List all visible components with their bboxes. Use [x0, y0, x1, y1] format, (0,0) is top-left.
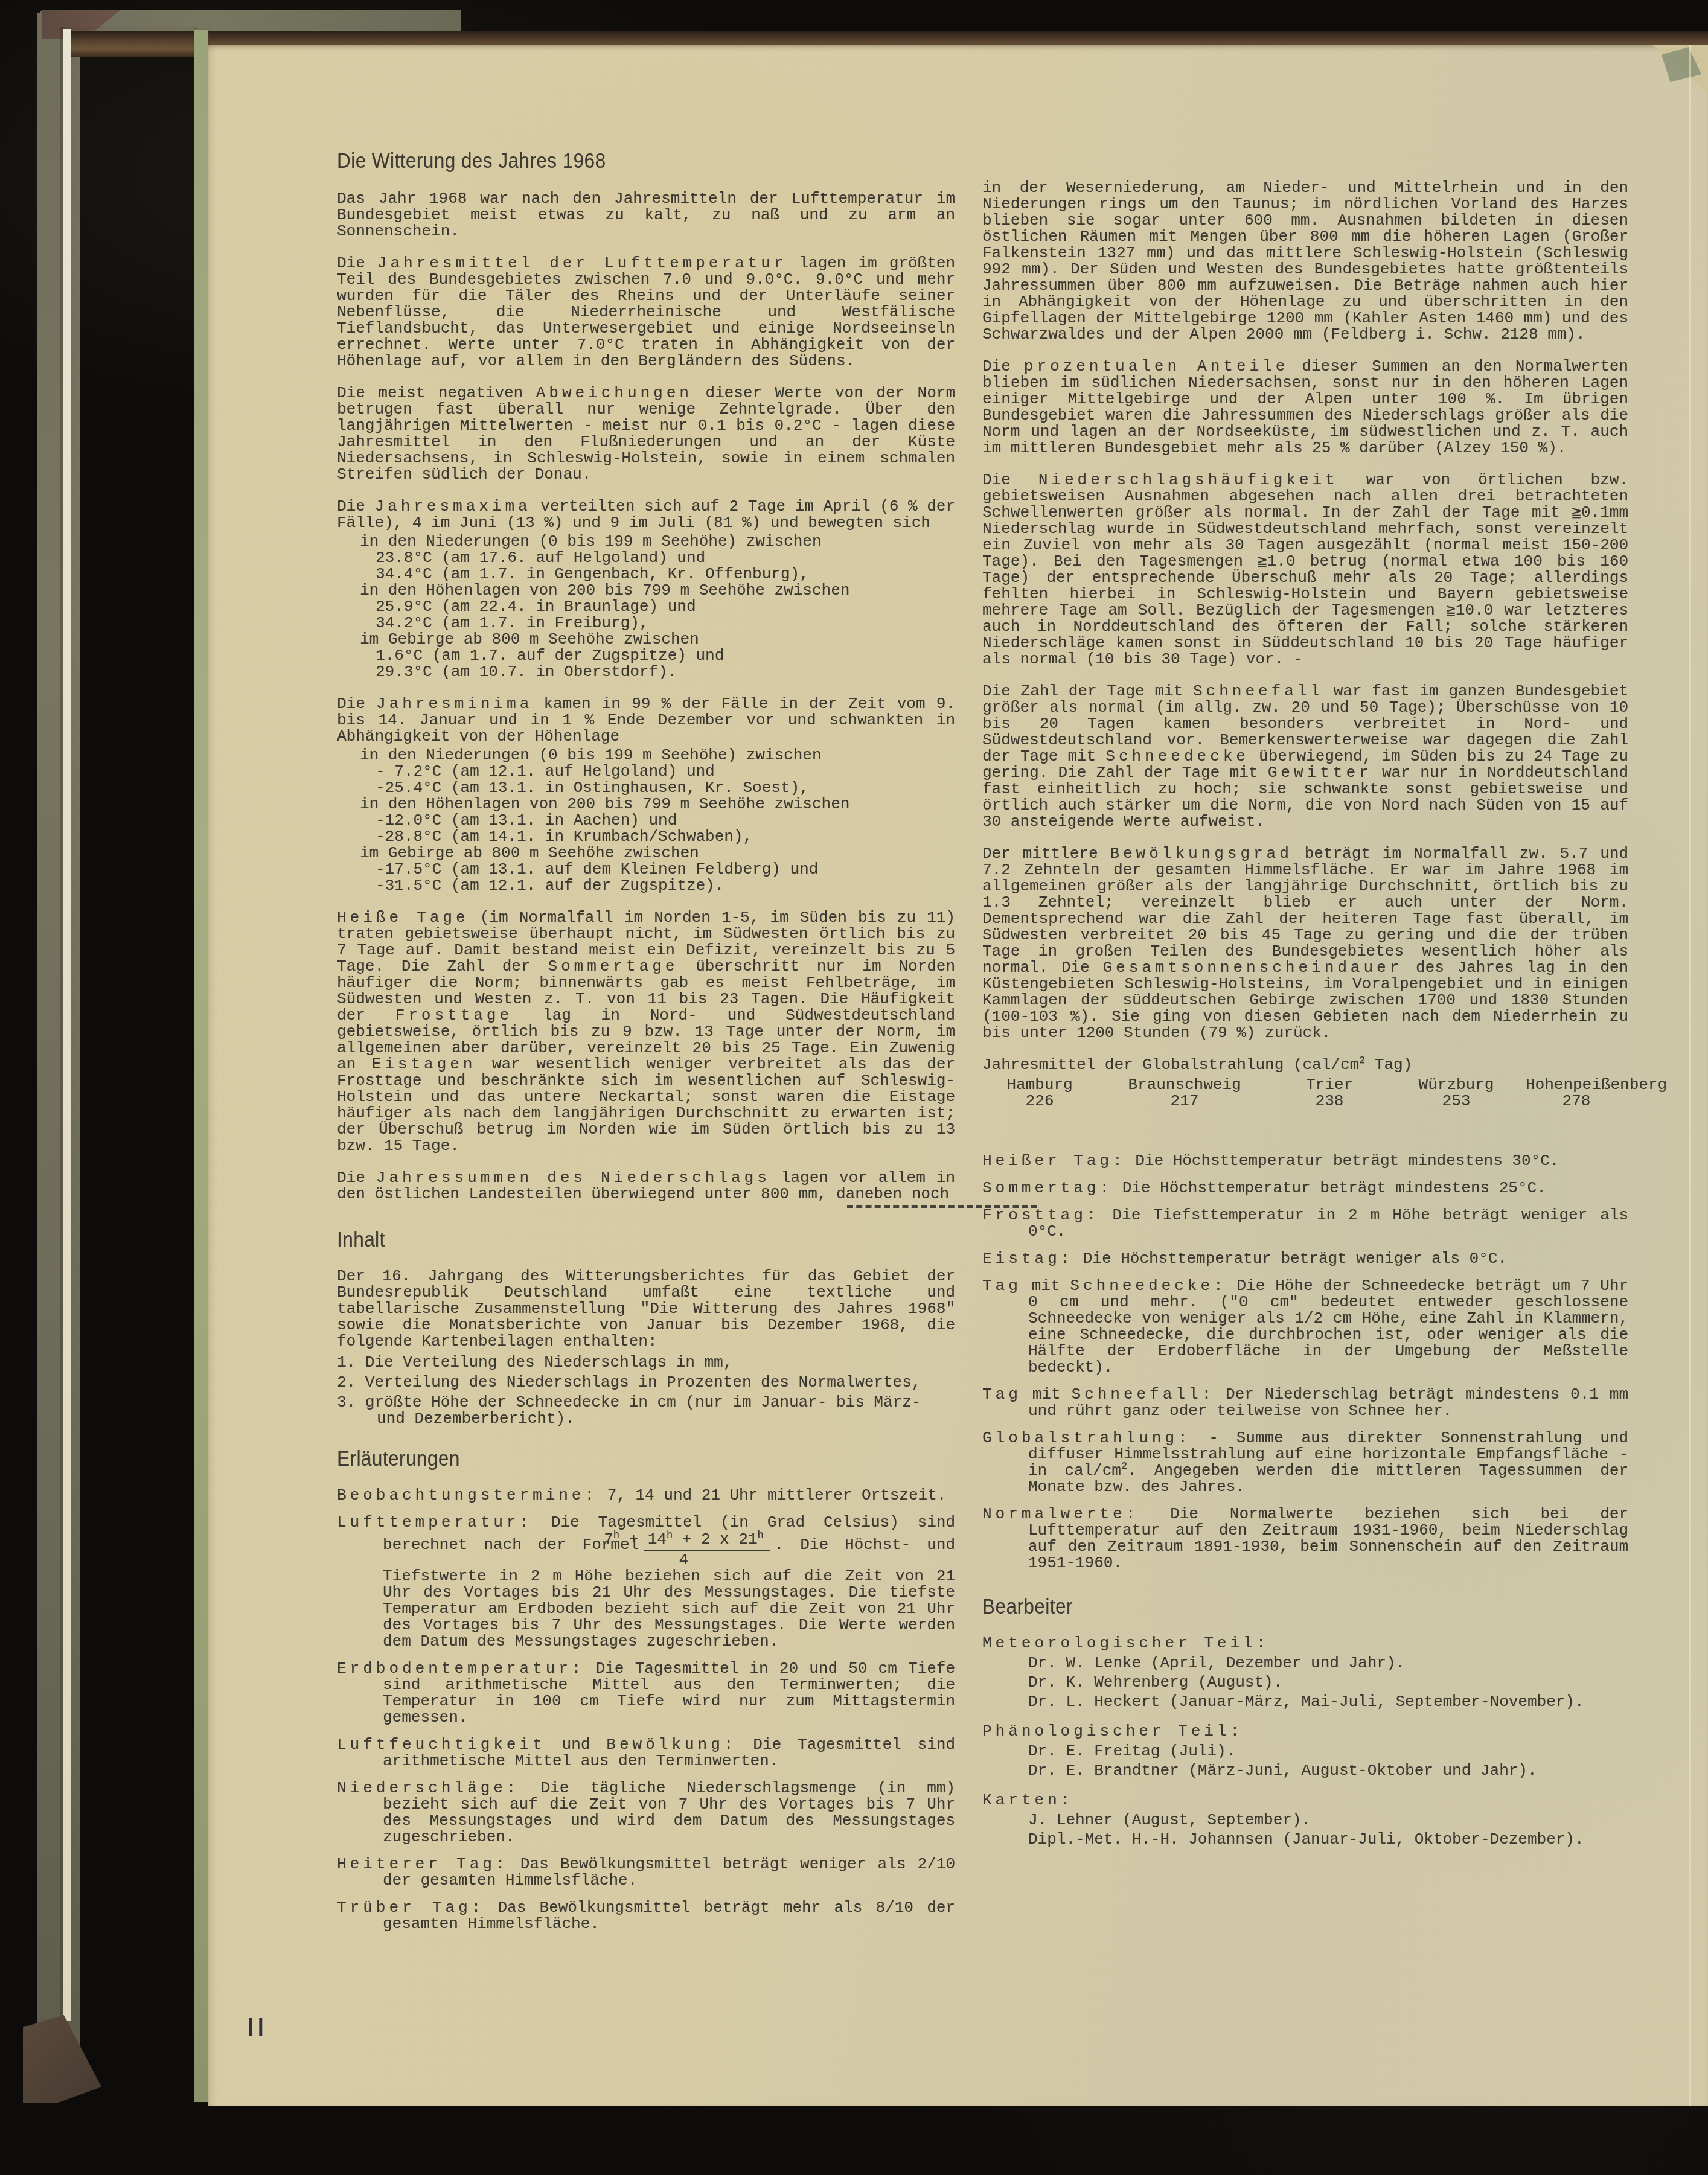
table-cell: Würzburg — [1387, 1077, 1526, 1093]
definition-item: Lufttemperatur: Die Tagesmittel (in Grad… — [337, 1515, 955, 1650]
list-line: im Gebirge ab 800 m Seehöhe zwischen — [337, 631, 955, 648]
page-edge-green-strip — [194, 30, 208, 2102]
list-item: Dr. L. Heckert (Januar-März, Mai-Juli, S… — [982, 1694, 1628, 1710]
list-line: -12.0°C (am 13.1. in Aachen) und — [337, 813, 955, 829]
paragraph-year-summary: Das Jahr 1968 war nach den Jahresmitteln… — [337, 191, 955, 240]
list-item: Dr. E. Brandtner (März-Juni, August-Okto… — [982, 1763, 1628, 1779]
maxima-list: in den Niederungen (0 bis 199 m Seehöhe)… — [337, 534, 955, 680]
list-item: Dr. W. Lenke (April, Dezember und Jahr). — [982, 1655, 1628, 1672]
definition-item: Tag mit Schneedecke: Die Höhe der Schnee… — [982, 1278, 1628, 1376]
list-line: in den Niederungen (0 bis 199 m Seehöhe)… — [337, 747, 955, 764]
paragraph-bewoelkungsgrad: Der mittlere Bewölkungsgrad beträgt im N… — [982, 846, 1628, 1041]
paragraph-inhalt-intro: Der 16. Jahrgang des Witterungsberichtes… — [337, 1268, 955, 1350]
definition-item: Heiterer Tag: Das Bewölkungsmittel beträ… — [337, 1856, 955, 1889]
heading-erlaeuterungen: Erläuterungen — [337, 1448, 894, 1471]
list-line: -25.4°C (am 13.1. in Ostinghausen, Kr. S… — [337, 780, 955, 796]
table-cell: Trier — [1272, 1077, 1387, 1093]
table-station-row: HamburgBraunschweigTrierWürzburgHohenpei… — [982, 1077, 1628, 1093]
list-item: Dr. K. Wehrenberg (August). — [982, 1675, 1628, 1691]
table-cell: 278 — [1526, 1093, 1627, 1110]
list-line: -31.5°C (am 12.1. auf der Zugspitze). — [337, 878, 955, 894]
definition-item: Heißer Tag: Die Höchsttemperatur beträgt… — [982, 1153, 1628, 1169]
list-line: 34.2°C (am 1.7. in Freiburg), — [337, 615, 955, 631]
table-title: Jahresmittel der Globalstrahlung (cal/cm… — [982, 1057, 1628, 1073]
list-line: - 7.2°C (am 12.1. auf Helgoland) und — [337, 764, 955, 780]
list-line: im Gebirge ab 800 m Seehöhe zwischen — [337, 845, 955, 861]
list-line: in den Höhenlagen von 200 bis 799 m Seeh… — [337, 583, 955, 599]
page-stack-edges — [60, 27, 197, 2113]
numbered-item: 2. Verteilung des Niederschlags in Proze… — [337, 1375, 955, 1391]
definition-item: Globalstrahlung: - Summe aus direkter So… — [982, 1430, 1628, 1495]
list-line: 34.4°C (am 1.7. in Gengenbach, Kr. Offen… — [337, 566, 955, 583]
definition-item: Beobachtungstermine: 7, 14 und 21 Uhr mi… — [337, 1487, 955, 1504]
bearbeiter-group-karten: Karten: J. Lehner (August, September).Di… — [982, 1792, 1628, 1848]
group-title: Phänologischer Teil: — [982, 1722, 1243, 1740]
paragraph-jahresminima: Die Jahresminima kamen in 99 % der Fälle… — [337, 696, 955, 745]
minima-list: in den Niederungen (0 bis 199 m Seehöhe)… — [337, 747, 955, 894]
table-value-row: 226217238253278 — [982, 1093, 1628, 1110]
definition-item: Niederschläge: Die tägliche Niederschlag… — [337, 1780, 955, 1845]
list-line: 1.6°C (am 1.7. auf der Zugspitze) und — [337, 648, 955, 664]
paragraph-jahresmittel: Die Jahresmittel der Lufttemperatur lage… — [337, 255, 955, 369]
paragraph-abweichungen: Die meist negativen Abweichungen dieser … — [337, 385, 955, 483]
list-line: 25.9°C (am 22.4. in Braunlage) und — [337, 599, 955, 615]
paragraph-prozentuale-anteile: Die prozentualen Anteile dieser Summen a… — [982, 359, 1628, 456]
list-line: 23.8°C (am 17.6. auf Helgoland) und — [337, 550, 955, 566]
definition-item: Eistag: Die Höchsttemperatur beträgt wen… — [982, 1251, 1628, 1267]
page-number: II — [248, 2013, 268, 2042]
list-line: in den Höhenlagen von 200 bis 799 m Seeh… — [337, 796, 955, 813]
paragraph-niederschlagshaeufigkeit: Die Niederschlagshäufigkeit war von örtl… — [982, 472, 1628, 668]
list-line: in den Niederungen (0 bis 199 m Seehöhe)… — [337, 534, 955, 550]
table-cell: Hohenpeißenberg — [1526, 1077, 1627, 1093]
list-item: Dipl.-Met. H.-H. Johannsen (Januar-Juli,… — [982, 1832, 1628, 1848]
list-line: 29.3°C (am 10.7. in Oberstdorf). — [337, 664, 955, 680]
numbered-item: 3. größte Höhe der Schneedecke in cm (nu… — [337, 1394, 955, 1427]
definitions-left: Beobachtungstermine: 7, 14 und 21 Uhr mi… — [337, 1487, 955, 1932]
definition-item: Tag mit Schneefall: Der Niederschlag bet… — [982, 1387, 1628, 1419]
definition-item: Trüber Tag: Das Bewölkungsmittel beträgt… — [337, 1900, 955, 1932]
table-cell: 226 — [982, 1093, 1097, 1110]
list-item: J. Lehner (August, September). — [982, 1812, 1628, 1828]
definitions-right: Heißer Tag: Die Höchsttemperatur beträgt… — [982, 1153, 1628, 1571]
table-cell: Hamburg — [982, 1077, 1097, 1093]
right-column: in der Weserniederung, am Nieder- und Mi… — [982, 180, 1628, 1861]
list-item: Dr. E. Freitag (Juli). — [982, 1743, 1628, 1760]
table-cell: Braunschweig — [1097, 1077, 1272, 1093]
group-members: Dr. W. Lenke (April, Dezember und Jahr).… — [982, 1655, 1628, 1710]
table-cell: 217 — [1097, 1093, 1272, 1110]
group-members: Dr. E. Freitag (Juli).Dr. E. Brandtner (… — [982, 1743, 1628, 1779]
definition-item: Luftfeuchtigkeit und Bewölkung: Die Tage… — [337, 1737, 955, 1769]
paragraph-niederschlag-continued: in der Weserniederung, am Nieder- und Mi… — [982, 180, 1628, 343]
inhalt-list: 1. Die Verteilung des Niederschlags in m… — [337, 1355, 955, 1427]
list-line: -17.5°C (am 13.1. auf dem Kleinen Feldbe… — [337, 861, 955, 878]
globalstrahlung-table: Jahresmittel der Globalstrahlung (cal/cm… — [982, 1057, 1628, 1110]
definition-item: Normalwerte: Die Normalwerte beziehen si… — [982, 1506, 1628, 1571]
group-title: Karten: — [982, 1791, 1073, 1809]
page-stack-first-leaf — [63, 29, 71, 2021]
paragraph-jahresmaxima: Die Jahresmaxima verteilten sich auf 2 T… — [337, 499, 955, 531]
group-title: Meteorologischer Teil: — [982, 1634, 1269, 1652]
definition-item: Frosttag: Die Tiefsttemperatur in 2 m Hö… — [982, 1207, 1628, 1240]
numbered-item: 1. Die Verteilung des Niederschlags in m… — [337, 1355, 955, 1371]
definition-item: Sommertag: Die Höchsttemperatur beträgt … — [982, 1180, 1628, 1196]
list-line: -28.8°C (am 14.1. in Krumbach/Schwaben), — [337, 829, 955, 845]
bearbeiter-group-meteorologie: Meteorologischer Teil: Dr. W. Lenke (Apr… — [982, 1635, 1628, 1710]
table-cell: 238 — [1272, 1093, 1387, 1110]
paragraph-jahressummen: Die Jahressummen des Niederschlags lagen… — [337, 1170, 955, 1202]
bearbeiter-group-phaenologie: Phänologischer Teil: Dr. E. Freitag (Jul… — [982, 1723, 1628, 1779]
definition-item: Erdbodentemperatur: Die Tagesmittel in 2… — [337, 1661, 955, 1726]
left-column: Die Witterung des Jahres 1968 Das Jahr 1… — [337, 150, 955, 1943]
group-members: J. Lehner (August, September).Dipl.-Met.… — [982, 1812, 1628, 1848]
table-cell: 253 — [1387, 1093, 1526, 1110]
heading-inhalt: Inhalt — [337, 1228, 894, 1251]
paragraph-heisse-tage: Heiße Tage (im Normalfall im Norden 1-5,… — [337, 910, 955, 1154]
document-title: Die Witterung des Jahres 1968 — [337, 150, 894, 173]
paragraph-schneefall: Die Zahl der Tage mit Schneefall war fas… — [982, 683, 1628, 830]
heading-bearbeiter: Bearbeiter — [982, 1595, 1564, 1618]
